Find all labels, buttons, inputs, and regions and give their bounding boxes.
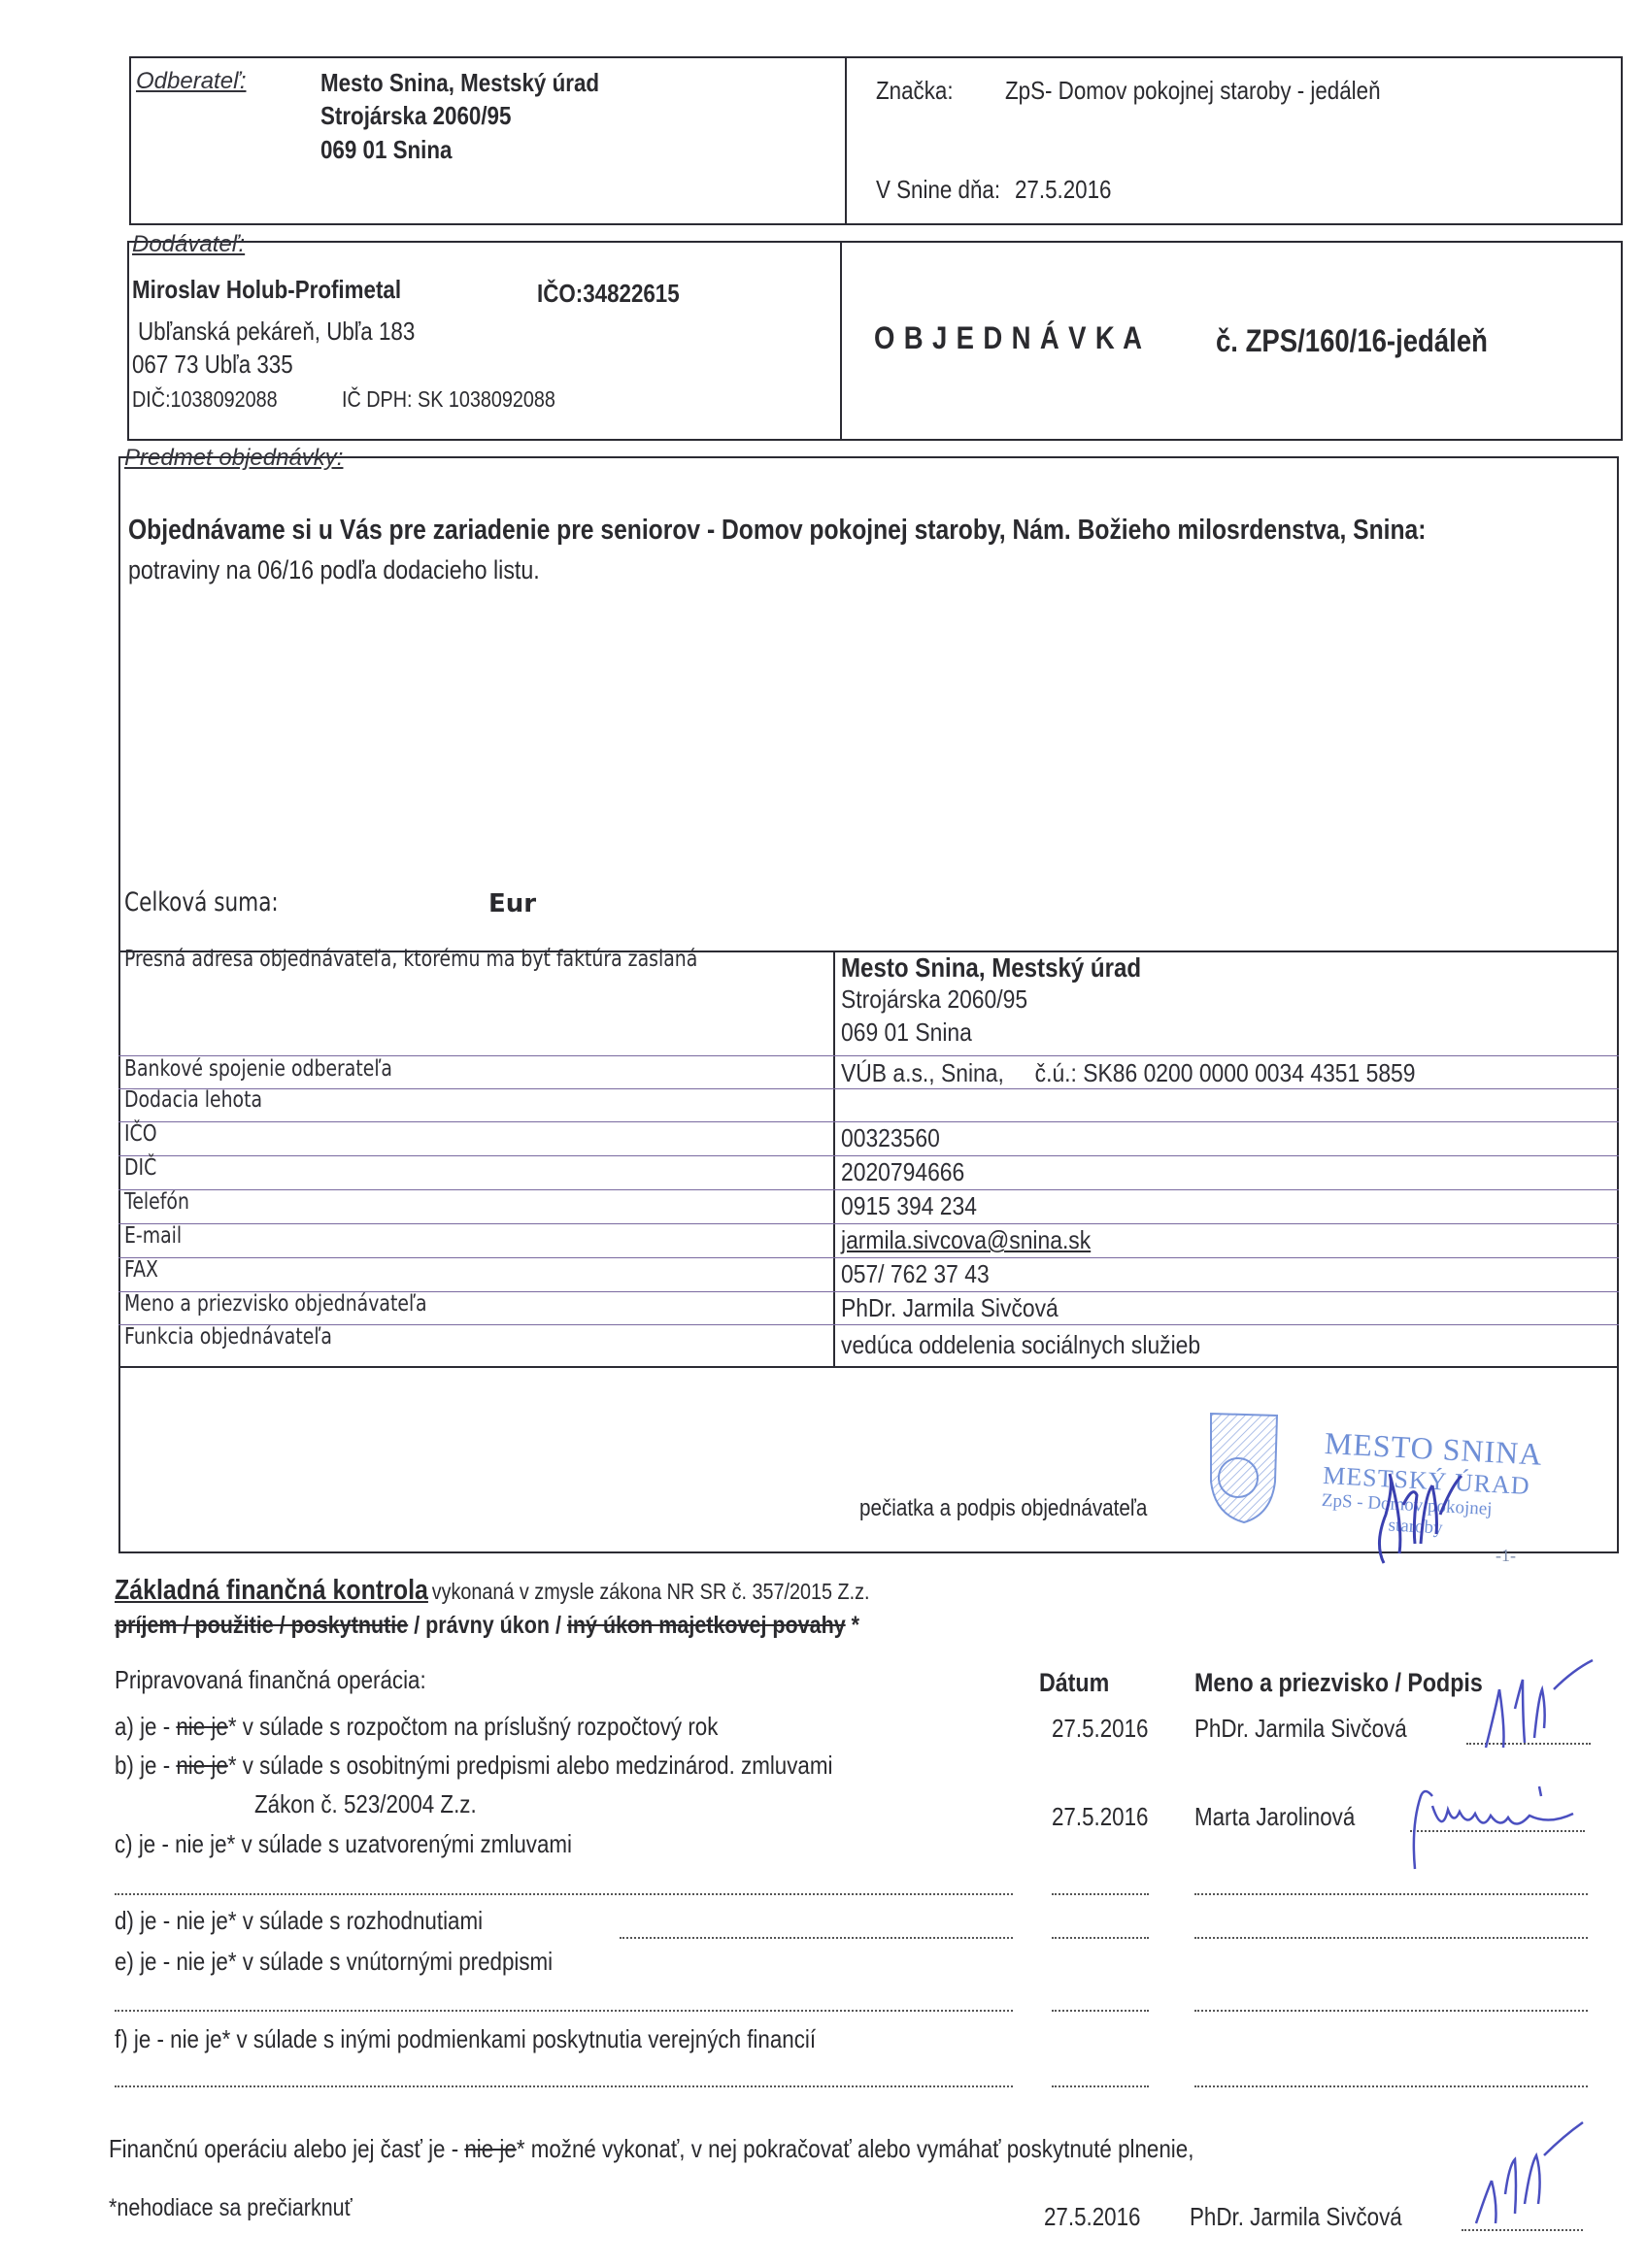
stamp-emblem-icon	[1209, 1410, 1279, 1524]
item-d-text: * v súlade s rozhodnutiami	[228, 1906, 483, 1935]
final-prefix: Finančnú operáciu alebo jej časť je -	[109, 2134, 464, 2163]
invoice-address-name: Mesto Snina, Mestský úrad	[841, 952, 1141, 984]
row-divider	[118, 1223, 1619, 1224]
info-divider	[833, 951, 835, 1368]
item-d-date-line	[1052, 1937, 1149, 1939]
row-label-email: E-mail	[124, 1223, 182, 1249]
supplier-name: Miroslav Holub-Profimetal	[132, 275, 401, 305]
item-f-text: * v súlade s inými podmienkami poskytnut…	[222, 2024, 816, 2053]
item-d-prefix: d) je - nie je	[115, 1906, 228, 1935]
item-a-text: * v súlade s rozpočtom na príslušný rozp…	[228, 1712, 719, 1741]
customer-name: Mesto Snina, Mestský úrad	[320, 68, 599, 98]
row-label-bank: Bankové spojenie odberateľa	[124, 1056, 392, 1082]
supplier-dic: DIČ:1038092088	[132, 386, 278, 413]
control-types-star: *	[846, 1612, 859, 1639]
item-a-struck: nie je	[176, 1712, 227, 1741]
supplier-label: Dodávateľ:	[132, 231, 245, 258]
row-value-phone: 0915 394 234	[841, 1191, 977, 1221]
item-b-date: 27.5.2016	[1052, 1802, 1148, 1832]
invoice-address-city: 069 01 Snina	[841, 1017, 972, 1048]
customer-street: Strojárska 2060/95	[320, 101, 511, 131]
item-e-text: * v súlade s vnútornými predpismi	[228, 1947, 553, 1976]
page-mark: -1-	[1496, 1546, 1516, 1566]
control-item-a: a) je - nie je* v súlade s rozpočtom na …	[115, 1712, 718, 1742]
date-value: 27.5.2016	[1015, 175, 1111, 205]
column-date: Dátum	[1039, 1668, 1109, 1698]
subject-main: Objednávame si u Vás pre zariadenie pre …	[128, 515, 1426, 547]
control-title-suffix: vykonaná v zmysle zákona NR SR č. 357/20…	[432, 1579, 870, 1604]
signature-b-icon	[1403, 1767, 1588, 1874]
stamp-caption: pečiatka a podpis objednávateľa	[859, 1495, 1147, 1522]
signature-final-icon	[1466, 2117, 1593, 2233]
item-c-date-line	[1052, 1893, 1149, 1895]
item-f-note-line	[115, 2085, 1013, 2087]
supplier-divider	[840, 241, 842, 441]
row-value-bank: VÚB a.s., Snina, č.ú.: SK86 0200 0000 00…	[841, 1058, 1415, 1088]
control-item-e: e) je - nie je* v súlade s vnútornými pr…	[115, 1947, 553, 1977]
item-b-sub: Zákon č. 523/2004 Z.z.	[254, 1789, 477, 1819]
total-currency: Eur	[488, 889, 536, 918]
row-value-name: PhDr. Jarmila Sivčová	[841, 1293, 1059, 1323]
column-name: Meno a priezvisko / Podpis	[1194, 1668, 1483, 1698]
supplier-address-1: Ubľanská pekáreň, Ubľa 183	[138, 317, 415, 347]
row-value-fax: 057/ 762 37 43	[841, 1259, 990, 1289]
final-date: 27.5.2016	[1044, 2202, 1140, 2232]
item-b-prefix: b) je -	[115, 1751, 176, 1780]
row-label-ico: IČO	[124, 1121, 157, 1147]
control-types-kept: / právny úkon /	[408, 1612, 567, 1639]
item-d-note-line	[620, 1937, 1013, 1939]
total-label: Celková suma:	[124, 887, 279, 917]
item-b-text: * v súlade s osobitnými predpismi alebo …	[228, 1751, 833, 1780]
item-a-prefix: a) je -	[115, 1712, 176, 1741]
subject-detail: potraviny na 06/16 podľa dodacieho listu…	[128, 555, 540, 585]
invoice-address-street: Strojárska 2060/95	[841, 984, 1027, 1015]
control-item-c: c) je - nie je* v súlade s uzatvorenými …	[115, 1829, 572, 1859]
row-divider	[118, 1257, 1619, 1258]
control-item-b: b) je - nie je* v súlade s osobitnými pr…	[115, 1751, 832, 1781]
row-divider	[118, 1189, 1619, 1190]
item-e-signature-line	[1194, 2010, 1588, 2012]
control-title-row: Základná finančná kontrola vykonaná v zm…	[115, 1575, 870, 1607]
row-label-dic: DIČ	[124, 1155, 156, 1181]
item-a-date: 27.5.2016	[1052, 1714, 1148, 1744]
item-f-prefix: f) je - nie je	[115, 2024, 222, 2053]
date-label: V Snine dňa:	[876, 175, 1000, 205]
customer-label: Odberateľ:	[136, 68, 246, 95]
item-f-date-line	[1052, 2085, 1149, 2087]
row-label-fax: FAX	[124, 1257, 158, 1283]
info-bottom-divider	[118, 1366, 1619, 1368]
item-c-note-line	[115, 1893, 1013, 1895]
control-title: Základná finančná kontrola	[115, 1575, 428, 1606]
row-value-email[interactable]: jarmila.sivcova@snina.sk	[841, 1225, 1091, 1255]
customer-city: 069 01 Snina	[320, 135, 452, 165]
row-label-delivery: Dodacia lehota	[124, 1087, 262, 1113]
row-divider	[118, 1121, 1619, 1122]
item-e-date-line	[1052, 2010, 1149, 2012]
row-value-ico: 00323560	[841, 1123, 940, 1153]
item-c-prefix: c) je - nie je	[115, 1829, 227, 1858]
mark-label: Značka:	[876, 76, 954, 106]
header-divider	[845, 56, 847, 225]
footnote: *nehodiace sa prečiarknuť	[109, 2194, 353, 2222]
supplier-ic-dph: IČ DPH: SK 1038092088	[342, 386, 555, 413]
signature-a-icon	[1466, 1651, 1602, 1757]
item-f-signature-line	[1194, 2085, 1588, 2087]
row-divider	[118, 1155, 1619, 1156]
row-divider	[118, 1324, 1619, 1325]
final-name: PhDr. Jarmila Sivčová	[1190, 2202, 1402, 2232]
order-number: č. ZPS/160/16-jedáleň	[1216, 323, 1488, 359]
row-label-name: Meno a priezvisko objednávateľa	[124, 1291, 427, 1317]
row-label-function: Funkcia objednávateľa	[124, 1324, 332, 1350]
supplier-ico: IČO:34822615	[537, 279, 680, 309]
final-text: * možné vykonať, v nej pokračovať alebo …	[517, 2134, 1194, 2163]
row-divider	[118, 1088, 1619, 1089]
item-d-signature-line	[1194, 1937, 1588, 1939]
item-b-name: Marta Jarolinová	[1194, 1802, 1355, 1832]
item-c-signature-line	[1194, 1893, 1588, 1895]
row-value-dic: 2020794666	[841, 1157, 964, 1187]
final-struck: nie je	[464, 2134, 516, 2163]
control-types-struck-2: iný úkon majetkovej povahy	[567, 1612, 846, 1639]
supplier-address-2: 067 73 Ubľa 335	[132, 350, 293, 380]
control-types-row: príjem / použitie / poskytnutie / právny…	[115, 1612, 859, 1640]
control-item-d: d) je - nie je* v súlade s rozhodnutiami	[115, 1906, 483, 1936]
item-a-name: PhDr. Jarmila Sivčová	[1194, 1714, 1407, 1744]
mark-value: ZpS- Domov pokojnej staroby - jedáleň	[1005, 76, 1381, 106]
row-value-function: vedúca oddelenia sociálnych služieb	[841, 1330, 1200, 1360]
control-item-f: f) je - nie je* v súlade s inými podmien…	[115, 2024, 816, 2054]
prepared-label: Pripravovaná finančná operácia:	[115, 1665, 426, 1695]
item-e-prefix: e) je - nie je	[115, 1947, 228, 1976]
item-e-note-line	[115, 2010, 1013, 2012]
subject-label: Predmet objednávky:	[124, 445, 343, 472]
item-b-struck: nie je	[176, 1751, 227, 1780]
item-c-text: * v súlade s uzatvorenými zmluvami	[227, 1829, 572, 1858]
order-title: O B J E D N Á V K A	[874, 320, 1143, 356]
signature-stamp-icon	[1364, 1456, 1471, 1573]
control-types-struck: príjem / použitie / poskytnutie	[115, 1612, 408, 1639]
final-statement: Finančnú operáciu alebo jej časť je - ni…	[109, 2134, 1193, 2164]
row-label-phone: Telefón	[124, 1189, 189, 1215]
invoice-address-label: Presná adresa objednávateľa, ktorému ma …	[124, 947, 697, 972]
